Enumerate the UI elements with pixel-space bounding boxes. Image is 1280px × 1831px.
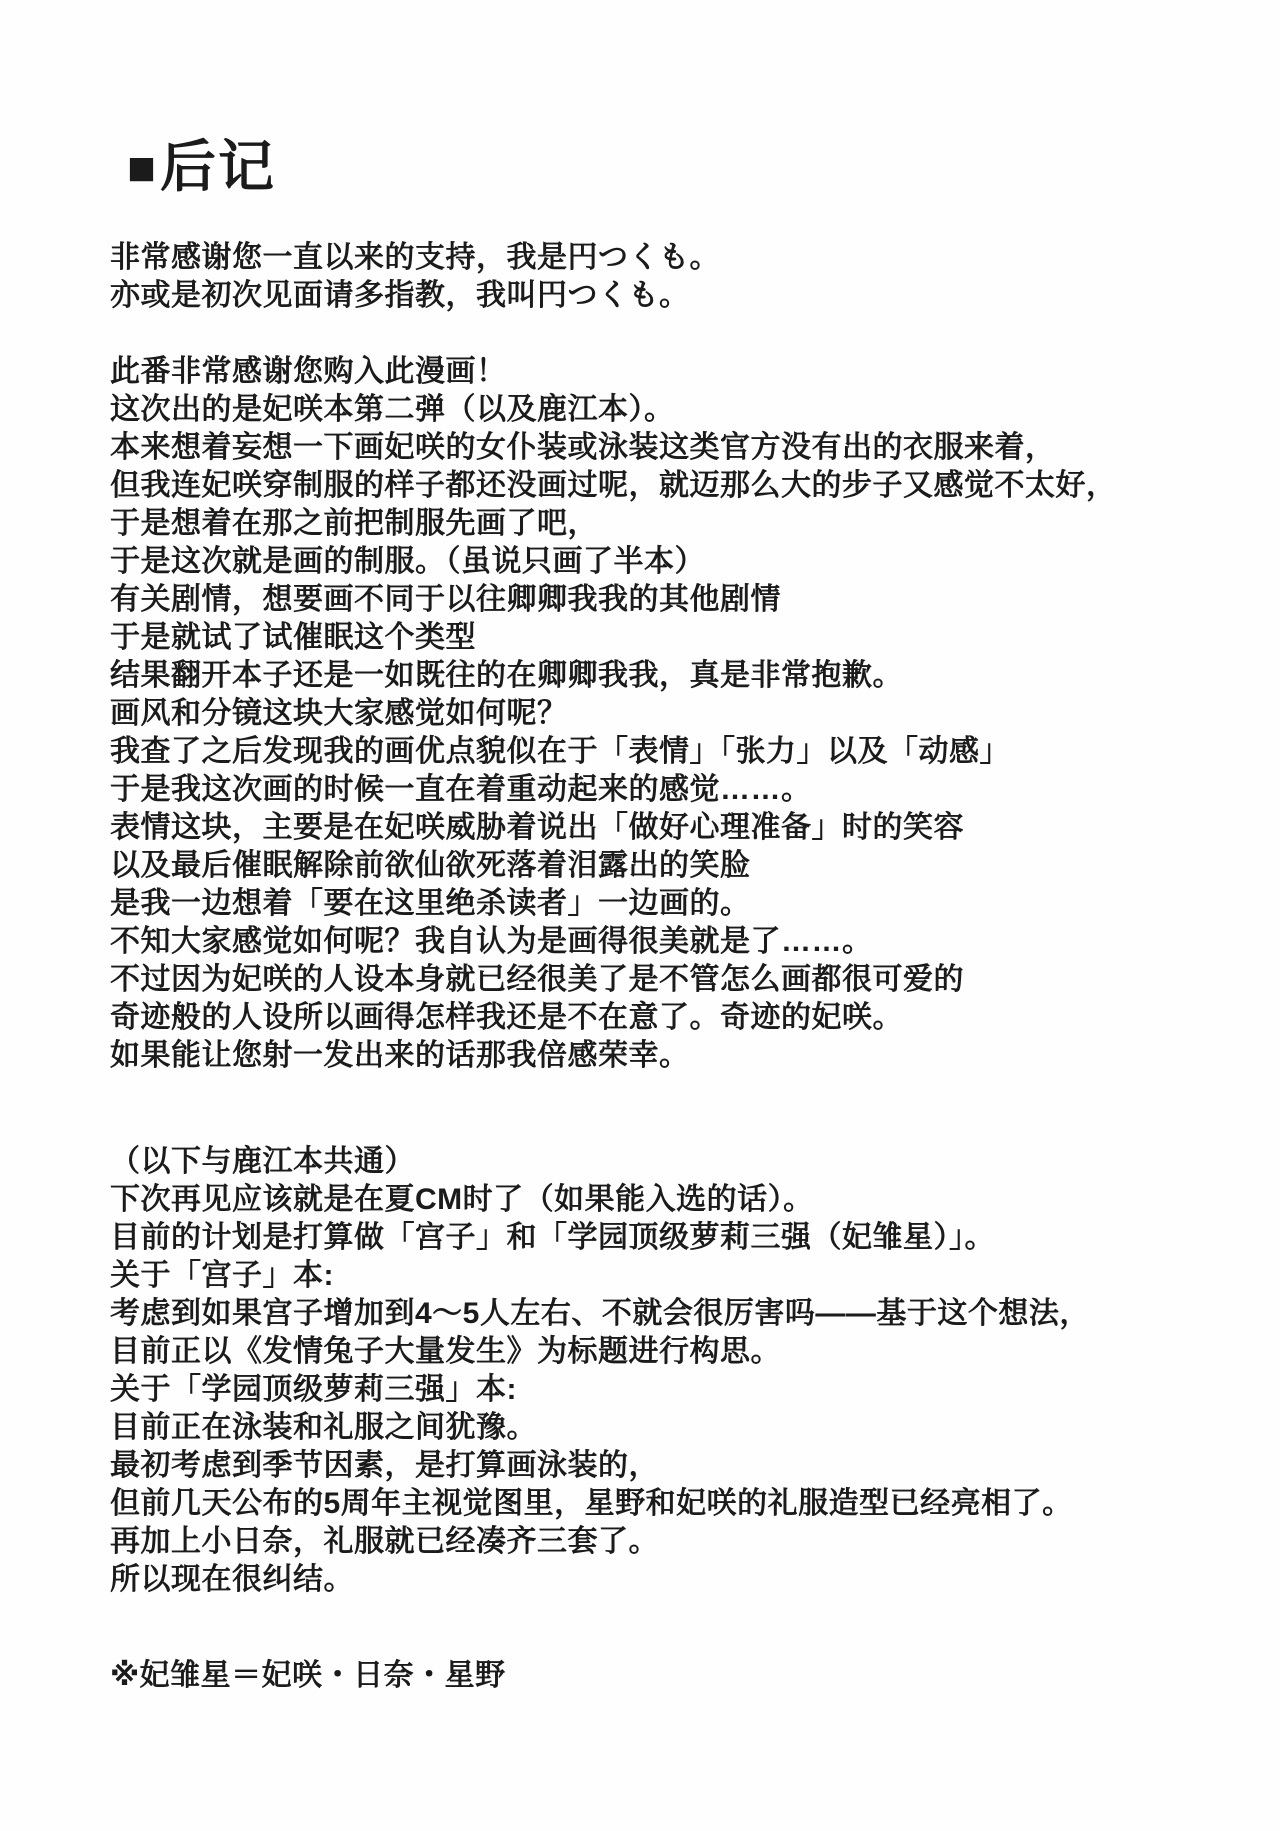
text-line: 以及最后催眠解除前欲仙欲死落着泪露出的笑脸 <box>110 847 1210 885</box>
text-line: 不过因为妃咲的人设本身就已经很美了是不管怎么画都很可爱的 <box>110 961 1210 999</box>
page-title: ■后记 <box>127 141 1210 195</box>
text-line: 下次再见应该就是在夏CM时了（如果能入选的话）。 <box>110 1181 1210 1219</box>
text-line: 是我一边想着「要在这里绝杀读者」一边画的。 <box>110 885 1210 923</box>
text-line: 本来想着妄想一下画妃咲的女仆装或泳装这类官方没有出的衣服来着， <box>110 429 1210 467</box>
paragraph-main-afterword: 此番非常感谢您购入此漫画！这次出的是妃咲本第二弹（以及鹿江本）。本来想着妄想一下… <box>110 353 1210 1075</box>
text-line: 此番非常感谢您购入此漫画！ <box>110 353 1210 391</box>
text-line: 结果翻开本子还是一如既往的在卿卿我我，真是非常抱歉。 <box>110 657 1210 695</box>
text-line: 如果能让您射一发出来的话那我倍感荣幸。 <box>110 1037 1210 1075</box>
text-line: 目前的计划是打算做「宫子」和「学园顶级萝莉三强（妃雏星）」。 <box>110 1219 1210 1257</box>
page-title-text: 后记 <box>160 135 276 198</box>
text-line: （以下与鹿江本共通） <box>110 1143 1210 1181</box>
text-line: 表情这块，主要是在妃咲威胁着说出「做好心理准备」时的笑容 <box>110 809 1210 847</box>
text-line: 于是我这次画的时候一直在着重动起来的感觉……。 <box>110 771 1210 809</box>
section-marker-icon: ■ <box>127 142 158 195</box>
text-line: 目前正在泳装和礼服之间犹豫。 <box>110 1409 1210 1447</box>
text-line: 但前几天公布的5周年主视觉图里，星野和妃咲的礼服造型已经亮相了。 <box>110 1485 1210 1523</box>
text-line: 所以现在很纠结。 <box>110 1561 1210 1599</box>
paragraph-greeting: 非常感谢您一直以来的支持，我是円つくも。亦或是初次见面请多指教，我叫円つくも。 <box>110 239 1210 315</box>
text-line: ※妃雏星＝妃咲・日奈・星野 <box>110 1657 1210 1695</box>
text-line: 目前正以《发情兔子大量发生》为标题进行构思。 <box>110 1333 1210 1371</box>
text-line: 考虑到如果宫子增加到4～5人左右、不就会很厉害吗——基于这个想法， <box>110 1295 1210 1333</box>
paragraph-future-plans: （以下与鹿江本共通）下次再见应该就是在夏CM时了（如果能入选的话）。目前的计划是… <box>110 1143 1210 1599</box>
text-line: 有关剧情，想要画不同于以往卿卿我我的其他剧情 <box>110 581 1210 619</box>
text-line: 于是就试了试催眠这个类型 <box>110 619 1210 657</box>
text-line: 最初考虑到季节因素，是打算画泳装的， <box>110 1447 1210 1485</box>
text-line: 非常感谢您一直以来的支持，我是円つくも。 <box>110 239 1210 277</box>
text-line: 于是想着在那之前把制服先画了吧， <box>110 505 1210 543</box>
text-line: 再加上小日奈，礼服就已经凑齐三套了。 <box>110 1523 1210 1561</box>
text-line: 于是这次就是画的制服。（虽说只画了半本） <box>110 543 1210 581</box>
paragraph-footnote: ※妃雏星＝妃咲・日奈・星野 <box>110 1657 1210 1695</box>
text-line: 奇迹般的人设所以画得怎样我还是不在意了。奇迹的妃咲。 <box>110 999 1210 1037</box>
text-line: 关于「学园顶级萝莉三强」本: <box>110 1371 1210 1409</box>
text-line: 这次出的是妃咲本第二弹（以及鹿江本）。 <box>110 391 1210 429</box>
text-line: 关于「宫子」本: <box>110 1257 1210 1295</box>
page-content: ■后记 非常感谢您一直以来的支持，我是円つくも。亦或是初次见面请多指教，我叫円つ… <box>0 0 1280 1695</box>
text-line: 不知大家感觉如何呢？我自认为是画得很美就是了……。 <box>110 923 1210 961</box>
afterword-page: ■后记 非常感谢您一直以来的支持，我是円つくも。亦或是初次见面请多指教，我叫円つ… <box>0 0 1280 1831</box>
text-line: 我查了之后发现我的画优点貌似在于「表情」「张力」以及「动感」 <box>110 733 1210 771</box>
text-line: 亦或是初次见面请多指教，我叫円つくも。 <box>110 277 1210 315</box>
text-line: 画风和分镜这块大家感觉如何呢？ <box>110 695 1210 733</box>
text-line: 但我连妃咲穿制服的样子都还没画过呢，就迈那么大的步子又感觉不太好， <box>110 467 1210 505</box>
